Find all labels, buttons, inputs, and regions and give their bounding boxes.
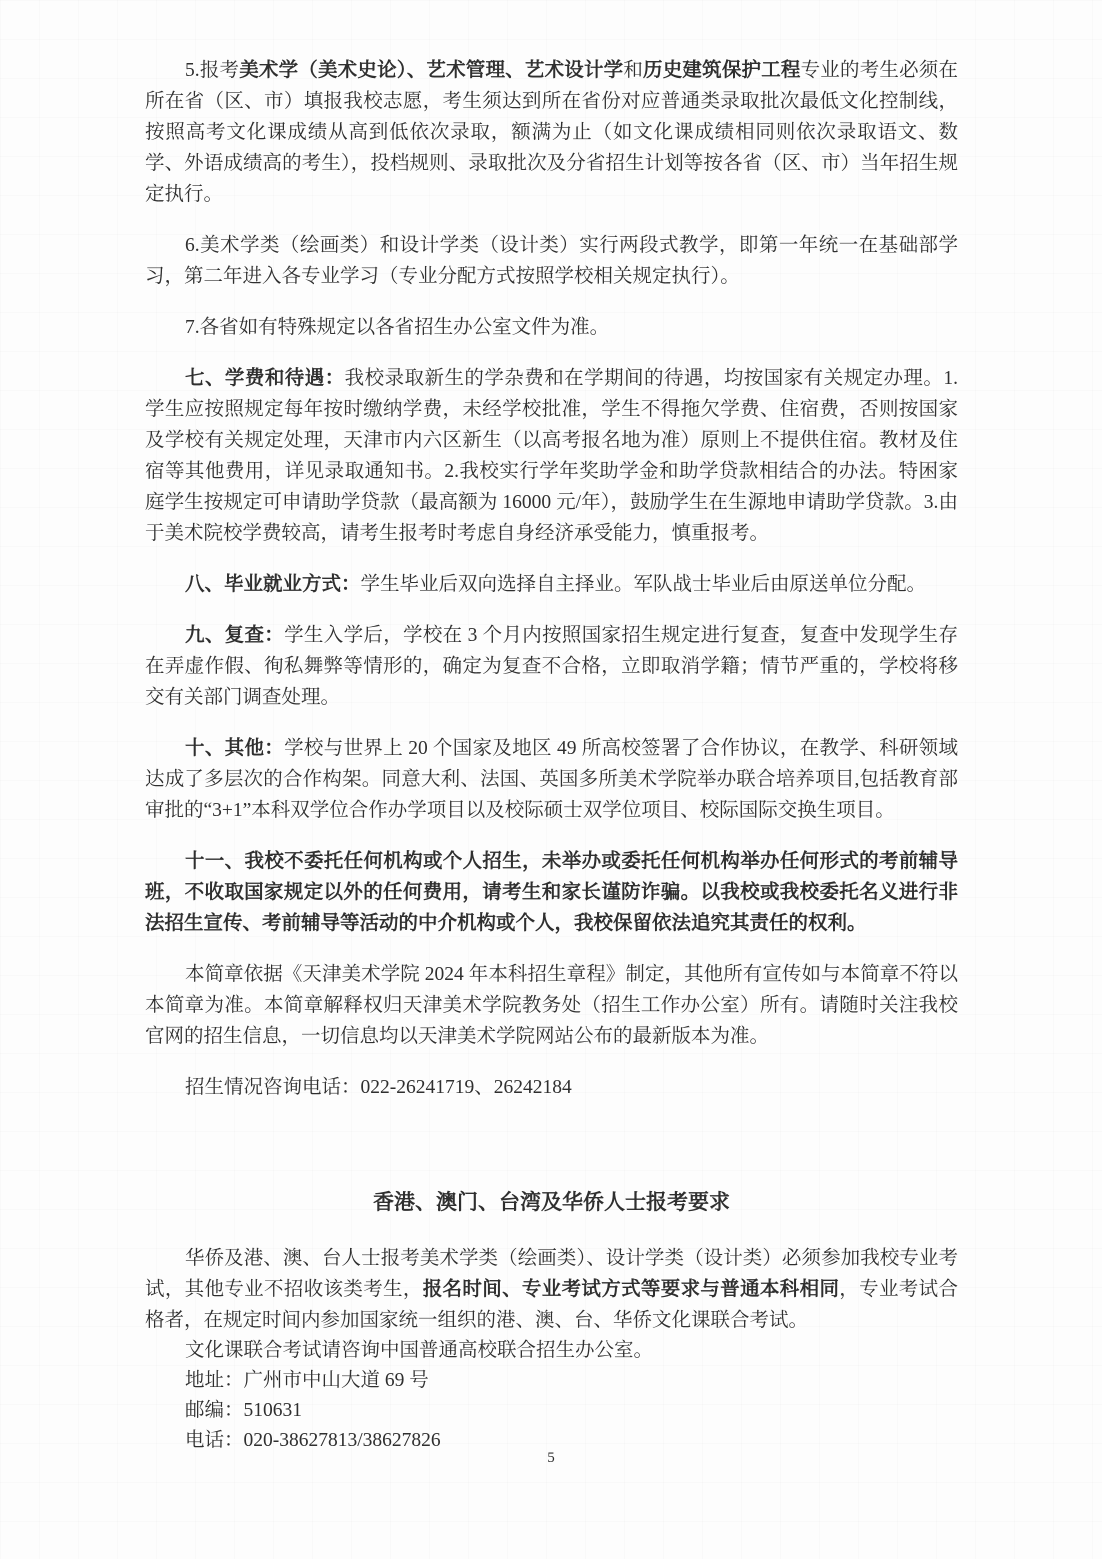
text-segment: 7.各省如有特殊规定以各省招生办公室文件为准。 <box>185 317 609 338</box>
contact-address: 地址：广州市中山大道 69 号 <box>145 1366 958 1396</box>
consult-phone-line: 招生情况咨询电话：022-26241719、26242184 <box>145 1072 958 1103</box>
hk-requirements-paragraph: 华侨及港、澳、台人士报考美术学类（绘画类）、设计学类（设计类）必须参加我校专业考… <box>145 1243 958 1336</box>
document-page: 5.报考美术学（美术史论）、艺术管理、艺术设计学和历史建筑保护工程专业的考生必须… <box>0 0 1102 1559</box>
text-segment: 专业的考生必须在所在省（区、市）填报我校志愿，考生须达到所在省份对应普通类录取批… <box>145 60 958 205</box>
text-segment: 5.报考 <box>185 60 239 81</box>
page-number: 5 <box>0 1448 1102 1468</box>
text-segment: 九、复查： <box>185 625 284 646</box>
para-6-two-stage-teaching: 6.美术学类（绘画类）和设计学类（设计类）实行两段式教学，即第一年统一在基础部学… <box>145 230 958 292</box>
text-segment: 6.美术学类（绘画类）和设计学类（设计类）实行两段式教学，即第一年统一在基础部学… <box>145 235 958 287</box>
text-segment: 报名时间、专业考试方式等要求与普通本科相同 <box>423 1279 840 1300</box>
text-segment: 学生毕业后双向选择自主择业。军队战士毕业后由原送单位分配。 <box>361 574 927 595</box>
section-9-recheck: 九、复查：学生入学后，学校在 3 个月内按照国家招生规定进行复查，复查中发现学生… <box>145 620 958 713</box>
text-segment: 邮编：510631 <box>185 1400 302 1421</box>
text-segment: 本简章依据《天津美术学院 2024 年本科招生章程》制定，其他所有宣传如与本简章… <box>145 964 958 1047</box>
section-8-employment: 八、毕业就业方式：学生毕业后双向选择自主择业。军队战士毕业后由原送单位分配。 <box>145 569 958 600</box>
text-segment: 七、学费和待遇： <box>185 368 345 389</box>
text-segment: 文化课联合考试请咨询中国普通高校联合招生办公室。 <box>185 1340 653 1361</box>
text-segment: 香港、澳门、台湾及华侨人士报考要求 <box>373 1190 730 1214</box>
text-segment: 历史建筑保护工程 <box>643 60 801 81</box>
para-7-provincial-rules: 7.各省如有特殊规定以各省招生办公室文件为准。 <box>145 312 958 343</box>
text-segment: 十一、我校不委托任何机构或个人招生，未举办或委托任何机构举办任何形式的考前辅导班… <box>145 851 958 934</box>
text-segment: 地址：广州市中山大道 69 号 <box>185 1370 429 1391</box>
text-segment: 我校录取新生的学杂费和在学期间的待遇，均按国家有关规定办理。1.学生应按照规定每… <box>145 368 958 544</box>
section-10-other: 十、其他：学校与世界上 20 个国家及地区 49 所高校签署了合作协议，在教学、… <box>145 733 958 826</box>
text-segment: 八、毕业就业方式： <box>185 574 361 595</box>
text-segment: 招生情况咨询电话：022-26241719、26242184 <box>185 1077 572 1098</box>
joint-exam-note: 文化课联合考试请咨询中国普通高校联合招生办公室。 <box>145 1336 958 1366</box>
text-segment: 和 <box>623 60 643 81</box>
para-5-exam-free-majors: 5.报考美术学（美术史论）、艺术管理、艺术设计学和历史建筑保护工程专业的考生必须… <box>145 55 958 210</box>
section-11-fraud-warning: 十一、我校不委托任何机构或个人招生，未举办或委托任何机构举办任何形式的考前辅导班… <box>145 846 958 939</box>
closing-statement: 本简章依据《天津美术学院 2024 年本科招生章程》制定，其他所有宣传如与本简章… <box>145 959 958 1052</box>
text-segment: 美术学（美术史论）、艺术管理、艺术设计学 <box>239 60 623 81</box>
text-segment: 十、其他： <box>185 738 284 759</box>
document-body: 5.报考美术学（美术史论）、艺术管理、艺术设计学和历史建筑保护工程专业的考生必须… <box>145 55 958 1456</box>
section-7-tuition-and-treatment: 七、学费和待遇：我校录取新生的学杂费和在学期间的待遇，均按国家有关规定办理。1.… <box>145 363 958 549</box>
hk-section-heading: 香港、澳门、台湾及华侨人士报考要求 <box>145 1185 958 1220</box>
contact-postcode: 邮编：510631 <box>145 1396 958 1426</box>
